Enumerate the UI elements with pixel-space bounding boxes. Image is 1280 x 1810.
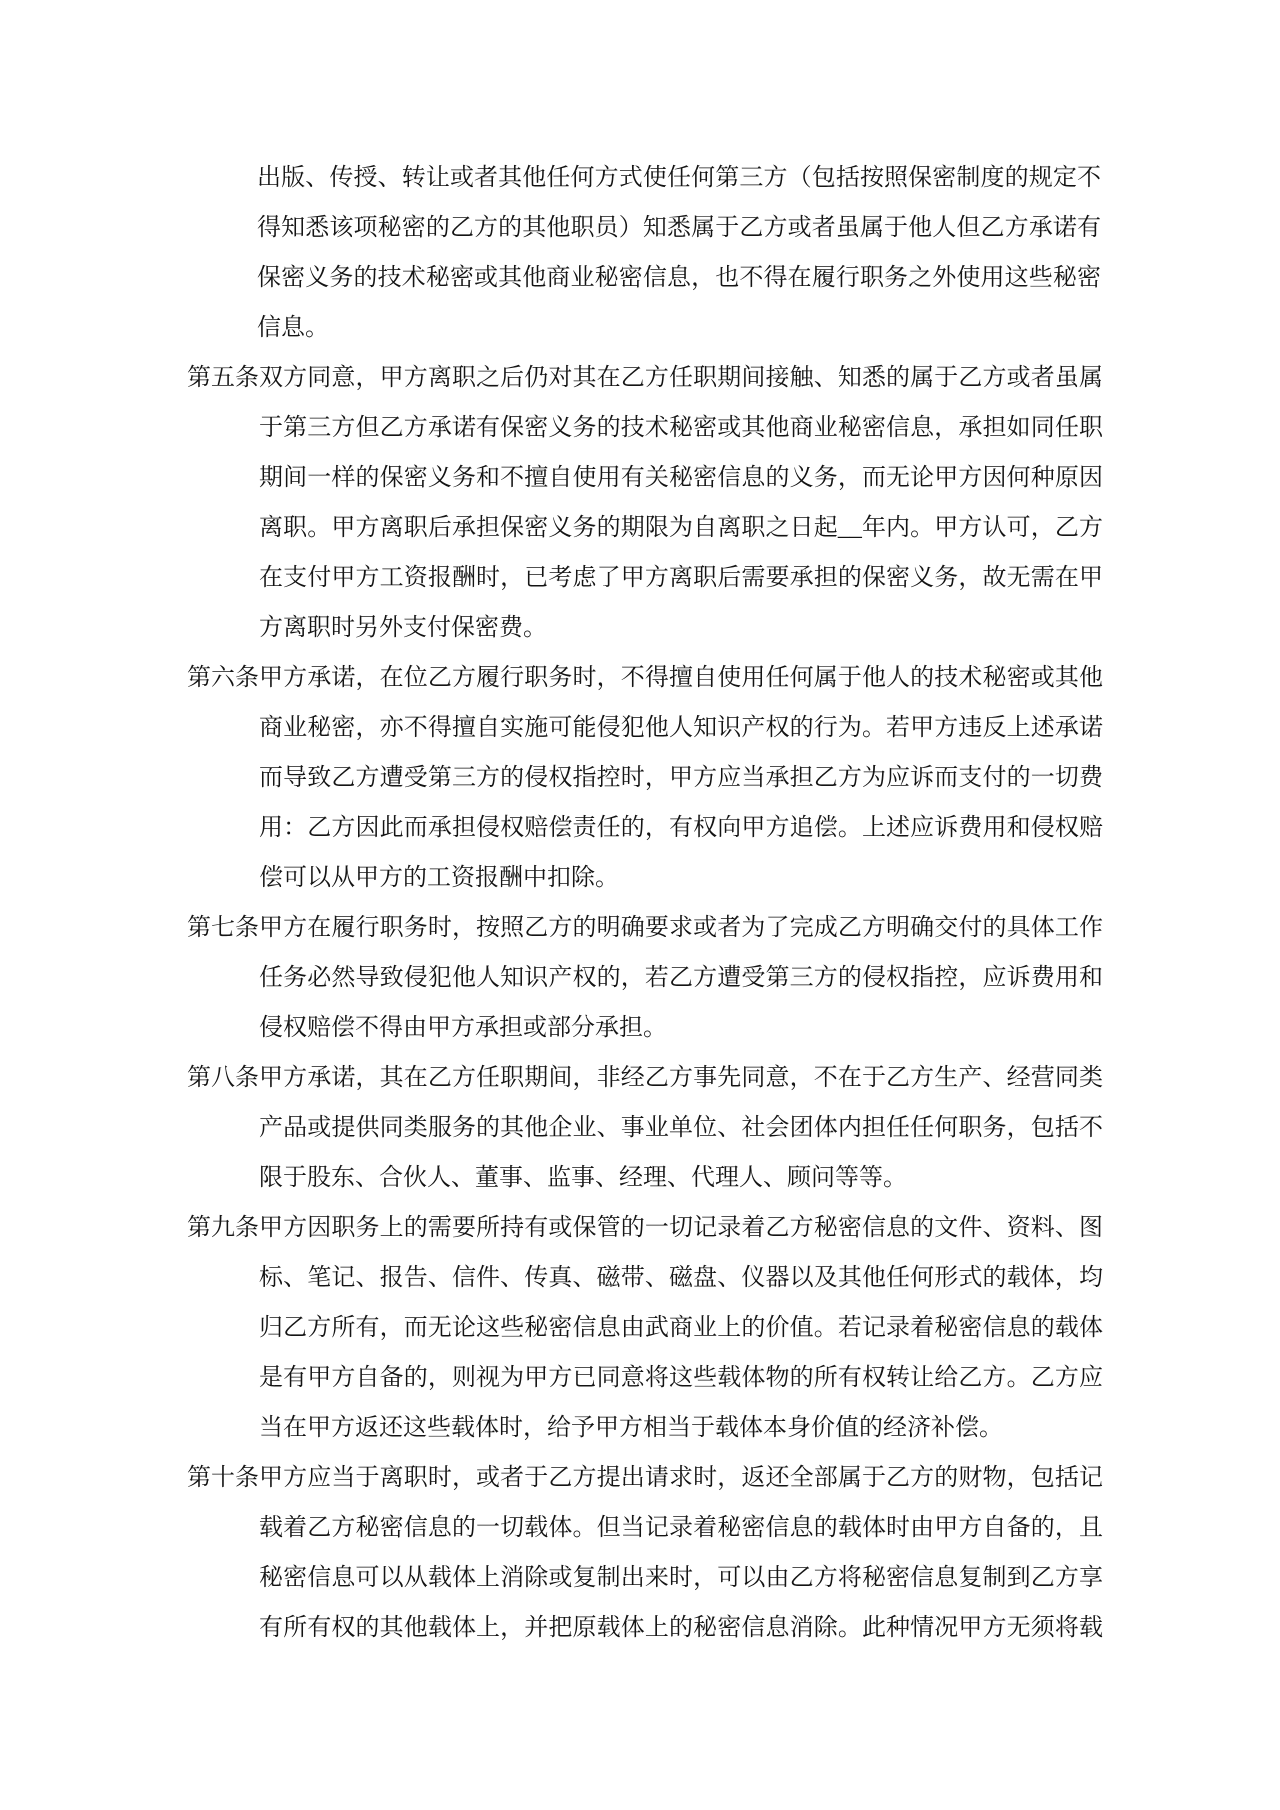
article-text: 甲方应当于离职时，或者于乙方提出请求时，返还全部属于乙方的财物，包括记载着乙方秘… [259,1453,1103,1653]
article: 第十条甲方应当于离职时，或者于乙方提出请求时，返还全部属于乙方的财物，包括记载着… [187,1453,1280,1653]
article: 第七条甲方在履行职务时，按照乙方的明确要求或者为了完成乙方明确交付的具体工作任务… [187,903,1280,1053]
document-line: 方离职时另外支付保密费。 [259,603,1103,653]
document-line: 得知悉该项秘密的乙方的其他职员）知悉属于乙方或者虽属于他人但乙方承诺有 [257,203,1101,253]
article-text: 甲方在履行职务时，按照乙方的明确要求或者为了完成乙方明确交付的具体工作任务必然导… [259,903,1103,1053]
document-line: 出版、传授、转让或者其他任何方式使任何第三方（包括按照保密制度的规定不 [257,153,1101,203]
article-number: 第六条 [187,653,259,703]
article-text: 甲方承诺，在位乙方履行职务时，不得擅自使用任何属于他人的技术秘密或其他商业秘密，… [259,653,1103,903]
document-line: 是有甲方自备的，则视为甲方已同意将这些载体物的所有权转让给乙方。乙方应 [259,1353,1103,1403]
document-body: 出版、传授、转让或者其他任何方式使任何第三方（包括按照保密制度的规定不得知悉该项… [187,153,1280,1653]
document-line: 商业秘密，亦不得擅自实施可能侵犯他人知识产权的行为。若甲方违反上述承诺 [259,703,1103,753]
document-line: 载着乙方秘密信息的一切载体。但当记录着秘密信息的载体时由甲方自备的，且 [259,1503,1103,1553]
document-line: 保密义务的技术秘密或其他商业秘密信息，也不得在履行职务之外使用这些秘密 [257,253,1101,303]
document-line: 任务必然导致侵犯他人知识产权的，若乙方遭受第三方的侵权指控，应诉费用和 [259,953,1103,1003]
article: 第八条甲方承诺，其在乙方任职期间，非经乙方事先同意，不在于乙方生产、经营同类产品… [187,1053,1280,1203]
article-number: 第九条 [187,1203,259,1253]
document-line: 双方同意，甲方离职之后仍对其在乙方任职期间接触、知悉的属于乙方或者虽属 [259,353,1103,403]
article-text: 双方同意，甲方离职之后仍对其在乙方任职期间接触、知悉的属于乙方或者虽属于第三方但… [259,353,1103,653]
article-number: 第七条 [187,903,259,953]
document-line: 在支付甲方工资报酬时，已考虑了甲方离职后需要承担的保密义务，故无需在甲 [259,553,1103,603]
article: 第六条甲方承诺，在位乙方履行职务时，不得擅自使用任何属于他人的技术秘密或其他商业… [187,653,1280,903]
document-line: 用：乙方因此而承担侵权赔偿责任的，有权向甲方追偿。上述应诉费用和侵权赔 [259,803,1103,853]
article-text: 甲方承诺，其在乙方任职期间，非经乙方事先同意，不在于乙方生产、经营同类产品或提供… [259,1053,1103,1203]
article-number: 第十条 [187,1453,259,1503]
article-text: 出版、传授、转让或者其他任何方式使任何第三方（包括按照保密制度的规定不得知悉该项… [257,153,1101,353]
document-line: 离职。甲方离职后承担保密义务的期限为自离职之日起__年内。甲方认可，乙方 [259,503,1103,553]
document-line: 秘密信息可以从载体上消除或复制出来时，可以由乙方将秘密信息复制到乙方享 [259,1553,1103,1603]
article-text: 甲方因职务上的需要所持有或保管的一切记录着乙方秘密信息的文件、资料、图标、笔记、… [259,1203,1103,1453]
document-line: 信息。 [257,303,1101,353]
document-line: 侵权赔偿不得由甲方承担或部分承担。 [259,1003,1103,1053]
document-line: 归乙方所有，而无论这些秘密信息由武商业上的价值。若记录着秘密信息的载体 [259,1303,1103,1353]
document-line: 甲方承诺，其在乙方任职期间，非经乙方事先同意，不在于乙方生产、经营同类 [259,1053,1103,1103]
document-line: 于第三方但乙方承诺有保密义务的技术秘密或其他商业秘密信息，承担如同任职 [259,403,1103,453]
article-number: 第五条 [187,353,259,403]
article: 第九条甲方因职务上的需要所持有或保管的一切记录着乙方秘密信息的文件、资料、图标、… [187,1203,1280,1453]
document-line: 甲方在履行职务时，按照乙方的明确要求或者为了完成乙方明确交付的具体工作 [259,903,1103,953]
document-line: 偿可以从甲方的工资报酬中扣除。 [259,853,1103,903]
document-line: 而导致乙方遭受第三方的侵权指控时，甲方应当承担乙方为应诉而支付的一切费 [259,753,1103,803]
document-line: 有所有权的其他载体上，并把原载体上的秘密信息消除。此种情况甲方无须将载 [259,1603,1103,1653]
article-number: 第八条 [187,1053,259,1103]
document-line: 甲方承诺，在位乙方履行职务时，不得擅自使用任何属于他人的技术秘密或其他 [259,653,1103,703]
document-line: 产品或提供同类服务的其他企业、事业单位、社会团体内担任任何职务，包括不 [259,1103,1103,1153]
article: 第五条双方同意，甲方离职之后仍对其在乙方任职期间接触、知悉的属于乙方或者虽属于第… [187,353,1280,653]
document-line: 甲方因职务上的需要所持有或保管的一切记录着乙方秘密信息的文件、资料、图 [259,1203,1103,1253]
document-line: 限于股东、合伙人、董事、监事、经理、代理人、顾问等等。 [259,1153,1103,1203]
contract-page: 出版、传授、转让或者其他任何方式使任何第三方（包括按照保密制度的规定不得知悉该项… [0,0,1280,1810]
article: 出版、传授、转让或者其他任何方式使任何第三方（包括按照保密制度的规定不得知悉该项… [187,153,1280,353]
document-line: 标、笔记、报告、信件、传真、磁带、磁盘、仪器以及其他任何形式的载体，均 [259,1253,1103,1303]
document-line: 甲方应当于离职时，或者于乙方提出请求时，返还全部属于乙方的财物，包括记 [259,1453,1103,1503]
document-line: 期间一样的保密义务和不擅自使用有关秘密信息的义务，而无论甲方因何种原因 [259,453,1103,503]
document-line: 当在甲方返还这些载体时，给予甲方相当于载体本身价值的经济补偿。 [259,1403,1103,1453]
